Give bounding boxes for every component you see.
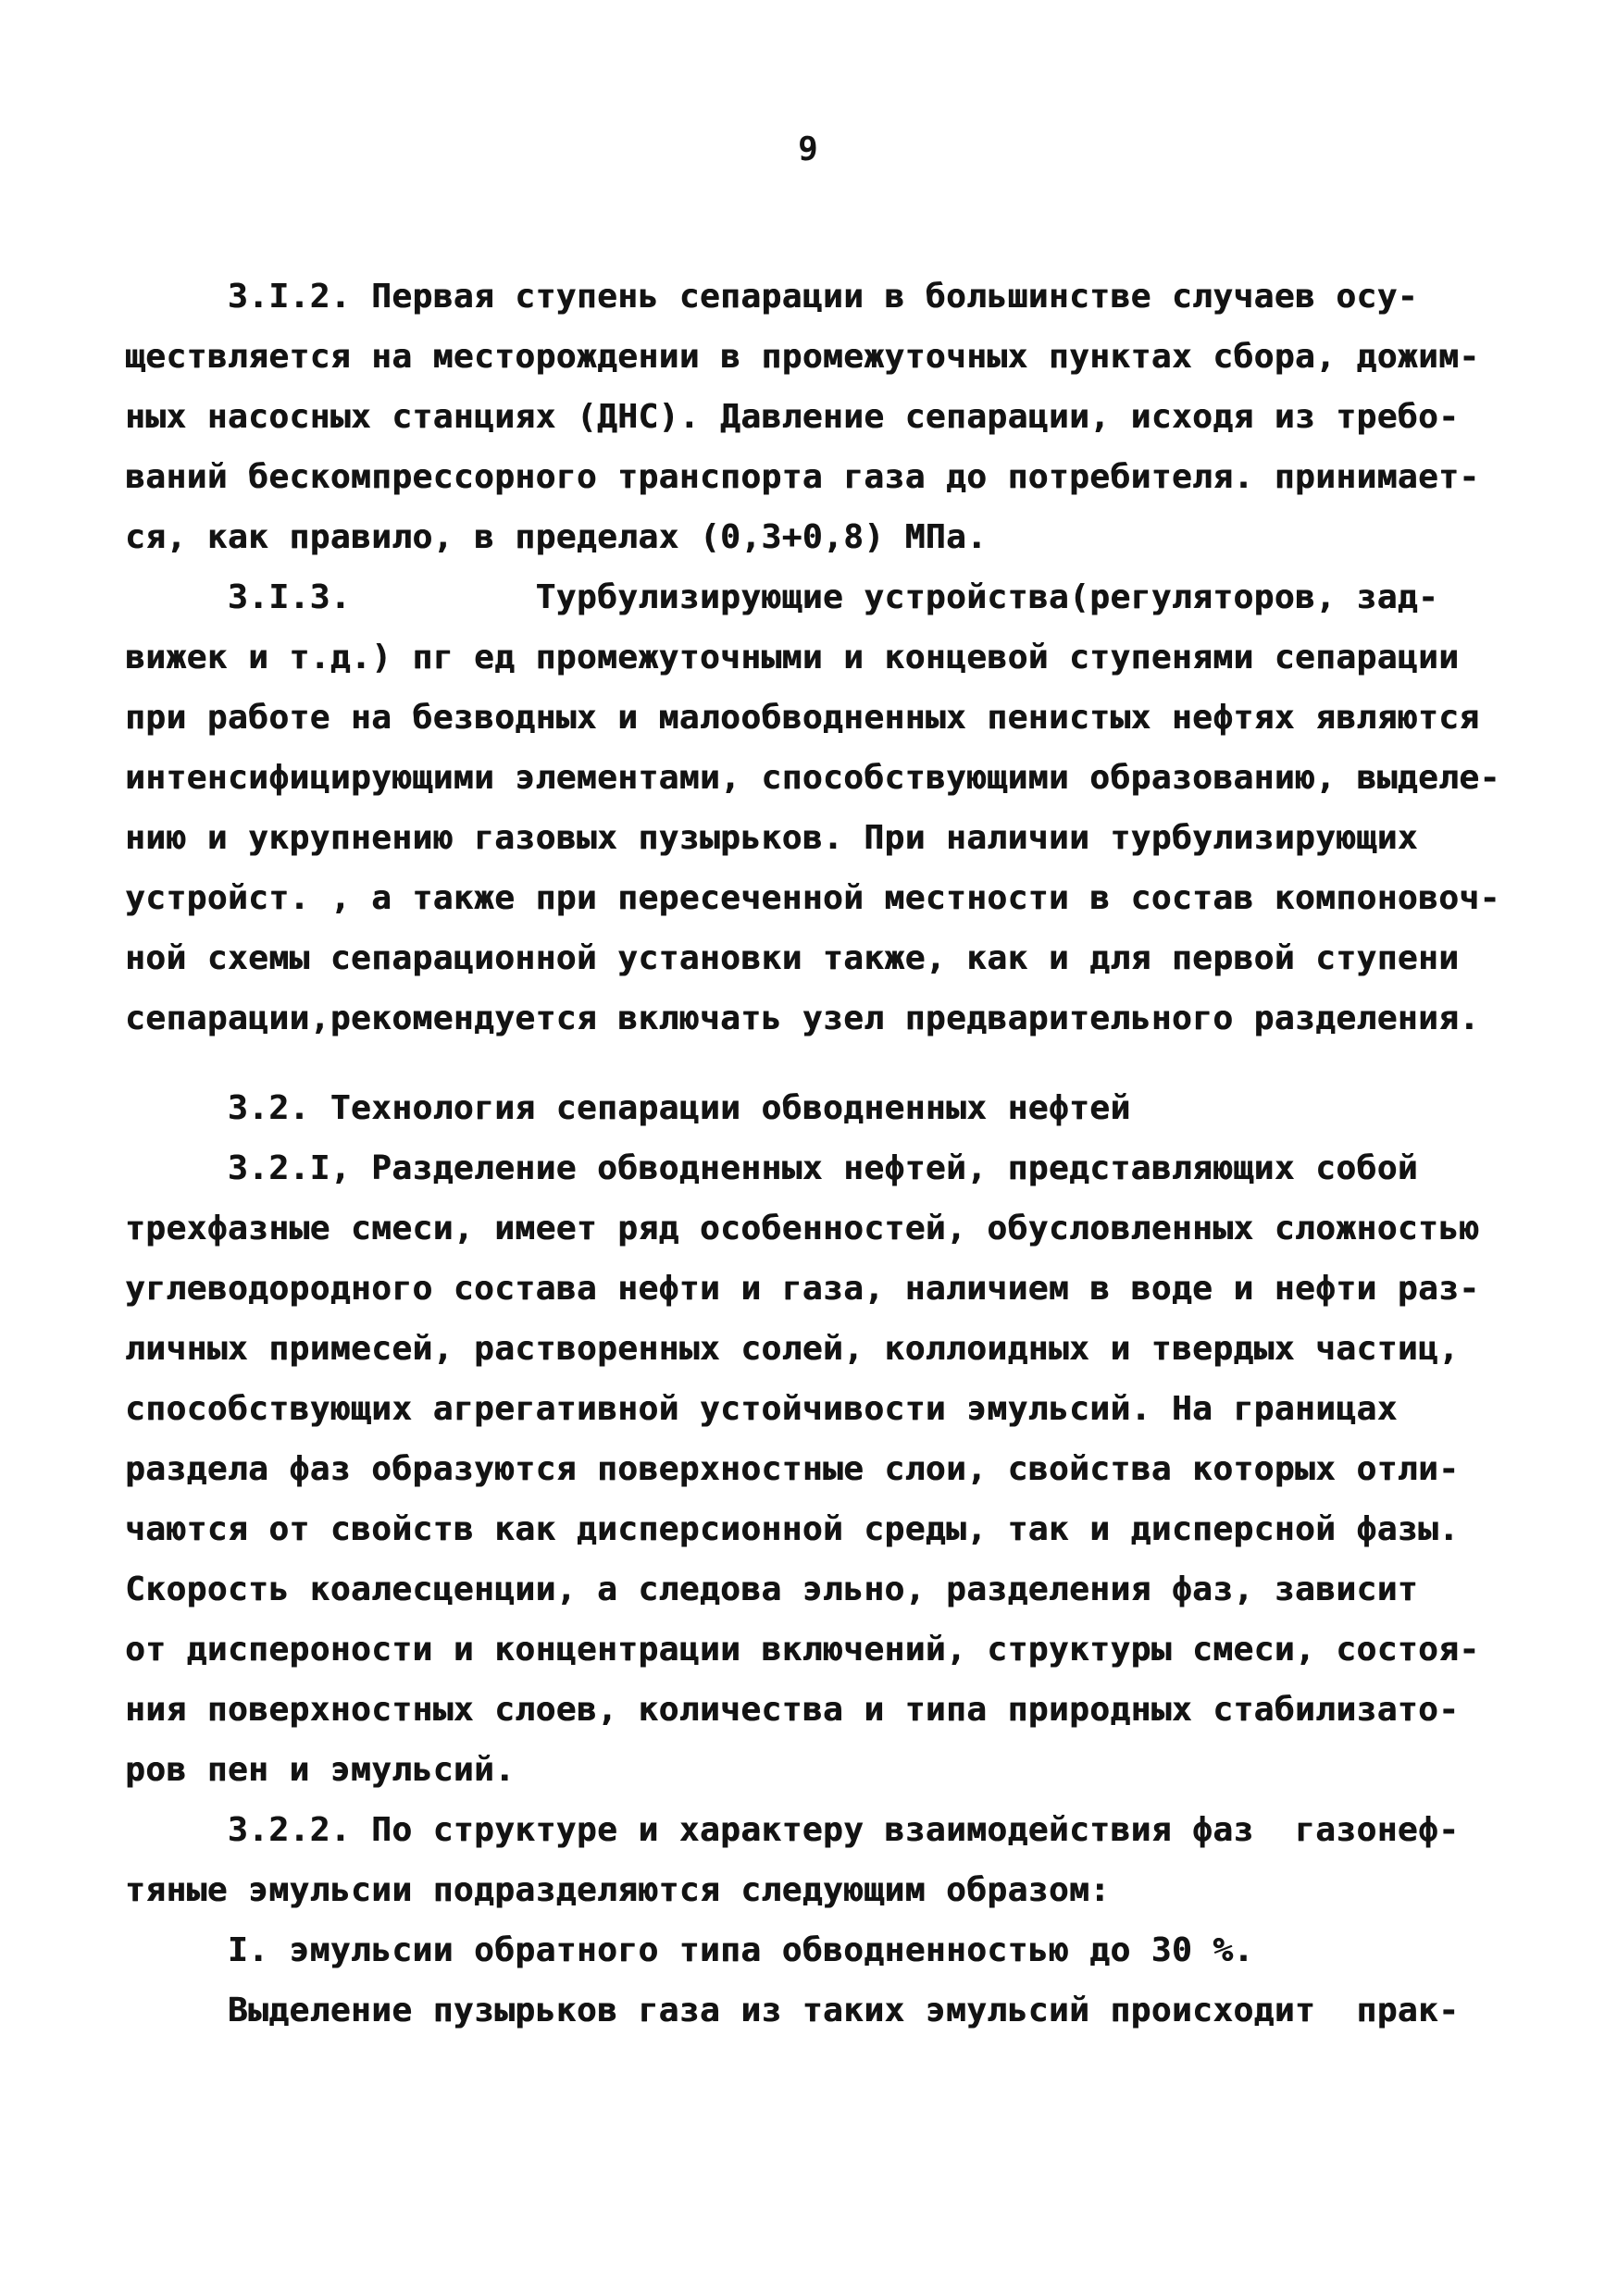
text-line: раздела фаз образуются поверхностные сло… bbox=[125, 1439, 1561, 1499]
text-line: трехфазные смеси, имеет ряд особенностей… bbox=[125, 1198, 1561, 1259]
text-line: ных насосных станциях (ДНС). Давление се… bbox=[125, 387, 1561, 447]
text-line: ществляется на месторождении в промежуто… bbox=[125, 327, 1561, 387]
para-start-3-1-2: 3.I.2. Первая ступень сепарации в больши… bbox=[125, 267, 1561, 327]
text-line: сепарации,рекомендуется включать узел пр… bbox=[125, 988, 1561, 1049]
text-line: углеводородного состава нефти и газа, на… bbox=[125, 1259, 1561, 1319]
text-line: при работе на безводных и малообводненны… bbox=[125, 688, 1561, 748]
text-line: ся, как правило, в пределах (0,3+0,8) МП… bbox=[125, 507, 1561, 567]
text-line: Скорость коалесценции, а следова эльно, … bbox=[125, 1559, 1561, 1620]
text-line: интенсифицирующими элементами, способств… bbox=[125, 748, 1561, 808]
text-line: личных примесей, растворенных солей, кол… bbox=[125, 1319, 1561, 1379]
text-line: вижек и т.д.) пг ед промежуточными и кон… bbox=[125, 627, 1561, 688]
document-page: 9 3.I.2. Первая ступень сепарации в боль… bbox=[0, 0, 1617, 2296]
section-heading-3-2: 3.2. Технология сепарации обводненных не… bbox=[125, 1078, 1561, 1138]
text-line: чаются от свойств как дисперсионной сред… bbox=[125, 1499, 1561, 1559]
text-line: нию и укрупнению газовых пузырьков. При … bbox=[125, 808, 1561, 868]
para-start-3-1-3: 3.I.3. Турбулизирующие устройства(регуля… bbox=[125, 567, 1561, 627]
page-number: 9 bbox=[0, 0, 1617, 170]
text-line: ров пен и эмульсий. bbox=[125, 1740, 1561, 1800]
text-line: тяные эмульсии подразделяются следующим … bbox=[125, 1860, 1561, 1920]
text-line: от диспероности и концентрации включений… bbox=[125, 1620, 1561, 1680]
list-item-1: I. эмульсии обратного типа обводненность… bbox=[125, 1920, 1561, 1980]
text-line: Выделение пузырьков газа из таких эмульс… bbox=[125, 1980, 1561, 2041]
para-start-3-2-1: 3.2.I, Разделение обводненных нефтей, пр… bbox=[125, 1138, 1561, 1198]
text-line: устройст. , а также при пересеченной мес… bbox=[125, 868, 1561, 928]
text-line: ваний бескомпрессорного транспорта газа … bbox=[125, 447, 1561, 507]
para-start-3-2-2: 3.2.2. По структуре и характеру взаимоде… bbox=[125, 1800, 1561, 1860]
text-line: ния поверхностных слоев, количества и ти… bbox=[125, 1680, 1561, 1740]
text-line: ной схемы сепарационной установки также,… bbox=[125, 928, 1561, 988]
text-block: 3.I.2. Первая ступень сепарации в больши… bbox=[125, 267, 1561, 2041]
text-line: способствующих агрегативной устойчивости… bbox=[125, 1379, 1561, 1439]
